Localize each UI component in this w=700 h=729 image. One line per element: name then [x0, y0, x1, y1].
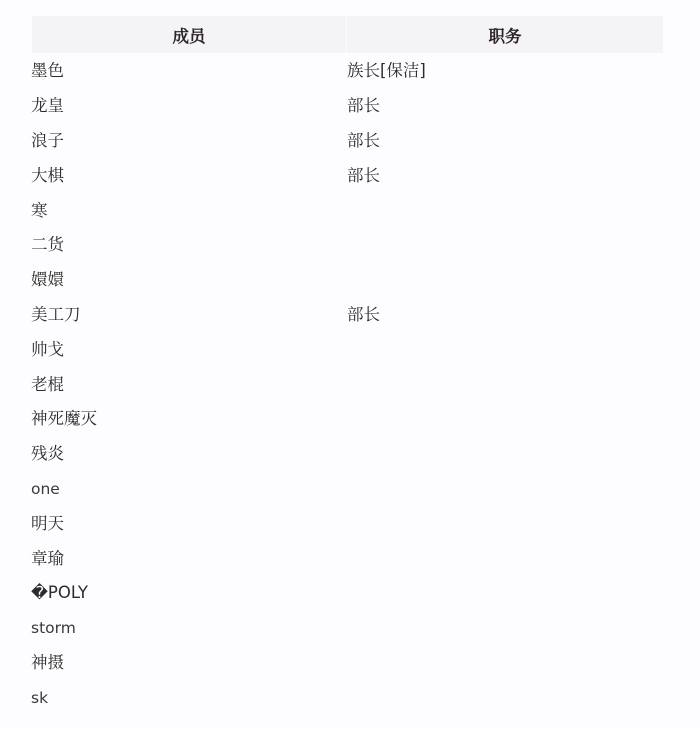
member-name: 神死魔灭 [31, 409, 347, 429]
table-header: 成员 职务 [32, 16, 663, 53]
member-name: 墨色 [31, 61, 347, 81]
table-row: �POLY [32, 576, 663, 611]
member-role: 部长 [347, 96, 662, 116]
table-row: storm [32, 611, 663, 646]
member-table: 成员 职务 墨色 族长[保洁] 龙皇 部长 浪子 部长 大棋 部长 寒 二货 嬛… [32, 16, 663, 715]
member-name: 美工刀 [31, 305, 347, 325]
table-row: 帅戈 [32, 332, 663, 367]
member-name: 神摄 [31, 653, 347, 673]
table-row: sk [32, 680, 663, 715]
table-row: 美工刀 部长 [32, 298, 663, 333]
member-name: 残炎 [31, 444, 347, 464]
member-name: 寒 [31, 201, 347, 221]
member-name: 嬛嬛 [31, 270, 347, 290]
table-body: 墨色 族长[保洁] 龙皇 部长 浪子 部长 大棋 部长 寒 二货 嬛嬛 美工刀 [32, 54, 663, 715]
table-row: 神摄 [32, 646, 663, 681]
table-row: 浪子 部长 [32, 124, 663, 159]
table-row: 龙皇 部长 [32, 89, 663, 124]
header-role: 职务 [347, 16, 663, 53]
header-member: 成员 [32, 16, 347, 53]
table-row: 嬛嬛 [32, 263, 663, 298]
member-name: 大棋 [31, 166, 347, 186]
member-name: one [31, 479, 347, 499]
member-name: 帅戈 [31, 340, 347, 360]
table-row: 残炎 [32, 437, 663, 472]
member-role: 部长 [347, 166, 662, 186]
table-row: 大棋 部长 [32, 158, 663, 193]
member-role: 族长[保洁] [347, 61, 662, 81]
table-row: 寒 [32, 193, 663, 228]
member-name: 明天 [31, 514, 347, 534]
member-name: sk [31, 688, 347, 708]
member-name: 章瑜 [31, 549, 347, 569]
member-name: 二货 [31, 235, 347, 255]
member-name: storm [31, 618, 347, 638]
member-role: 部长 [347, 131, 662, 151]
member-name: 浪子 [31, 131, 347, 151]
table-row: 章瑜 [32, 541, 663, 576]
member-name: 龙皇 [31, 96, 347, 116]
table-row: one [32, 472, 663, 507]
table-row: 明天 [32, 506, 663, 541]
table-row: 老棍 [32, 367, 663, 402]
member-role: 部长 [347, 305, 662, 325]
member-name: �POLY [31, 583, 347, 603]
table-row: 神死魔灭 [32, 402, 663, 437]
table-row: 墨色 族长[保洁] [32, 54, 663, 89]
member-name: 老棍 [31, 375, 347, 395]
table-row: 二货 [32, 228, 663, 263]
